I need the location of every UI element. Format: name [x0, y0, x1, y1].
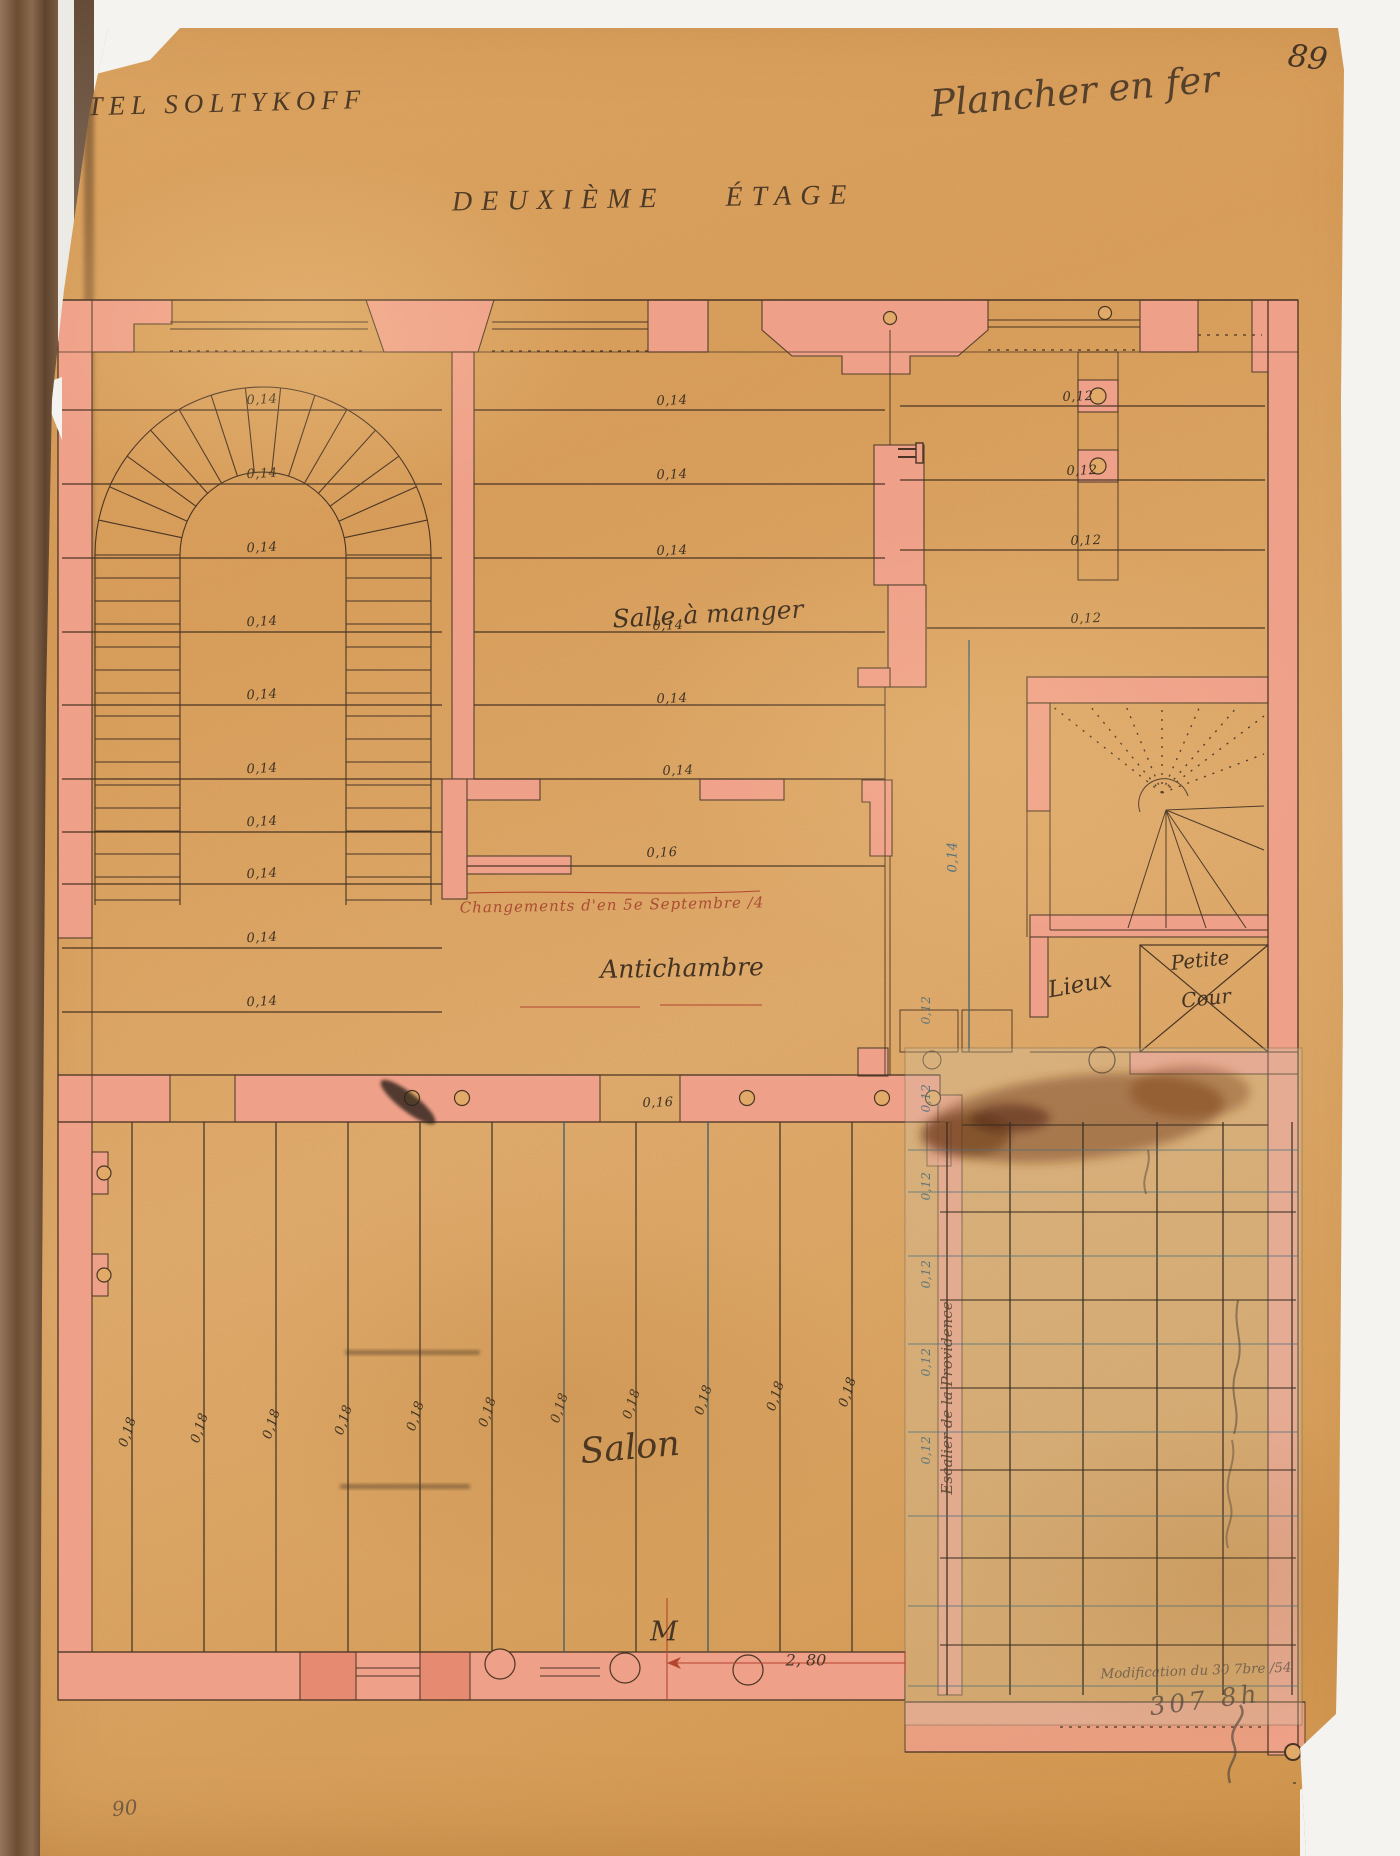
dimension-label: 0,16 [646, 845, 677, 861]
measure-mark: M [650, 1617, 678, 1648]
dimension-label: 0,12 [919, 1348, 933, 1377]
drawing-sheet: OTEL SOLTYKOFF DEUXIÈME ÉTAGE Plancher e… [0, 0, 1400, 1856]
dimension-label: 0,14 [246, 687, 278, 704]
dimension-label: 0,14 [246, 466, 278, 483]
corner-number: 90 [111, 1795, 139, 1822]
dimension-label: 0,14 [656, 691, 687, 707]
dimension-label: 0,14 [246, 614, 278, 631]
room-label-antechamber: Antichambre [600, 952, 764, 984]
dimension-label: 0,14 [946, 842, 961, 873]
dimension-value-280: 2, 80 [786, 1651, 827, 1670]
dimension-label: 0,12 [919, 1084, 933, 1113]
dimension-label: 0,14 [246, 761, 278, 778]
dimension-label: 0,14 [246, 814, 278, 831]
dimension-label: 0,12 [1070, 611, 1101, 627]
dimension-label: 0,14 [662, 763, 693, 779]
dimension-label: 0,12 [919, 1172, 933, 1201]
dimension-label: 0,14 [656, 543, 687, 559]
dimension-label: 0,14 [246, 540, 278, 557]
dimension-label: 0,12 [919, 996, 933, 1025]
overlay-side-annotation: Escalier de la Providence [938, 1301, 956, 1494]
dimension-label: 0,14 [246, 866, 278, 883]
dimension-label: 0,14 [246, 930, 278, 947]
floor-plan-linework [0, 0, 1400, 1856]
dimension-label: 0,16 [642, 1095, 673, 1111]
dimension-label: 0,12 [1070, 533, 1101, 549]
scanned-drawing-page: OTEL SOLTYKOFF DEUXIÈME ÉTAGE Plancher e… [0, 0, 1400, 1856]
dimension-label: 0,12 [919, 1436, 933, 1465]
dimension-label: 0,14 [656, 467, 687, 483]
dimension-label: 0,14 [656, 393, 687, 409]
dimension-label: 0,14 [246, 994, 278, 1011]
tracing-overlay [905, 1048, 1302, 1725]
dimension-label: 0,12 [919, 1260, 933, 1289]
dimension-label: 0,12 [1062, 389, 1093, 405]
folio-number: 89 [1286, 38, 1330, 79]
dimension-label: 0,14 [246, 392, 278, 409]
dimension-label: 0,12 [1066, 463, 1097, 479]
dimension-label: 0,14 [652, 618, 683, 634]
